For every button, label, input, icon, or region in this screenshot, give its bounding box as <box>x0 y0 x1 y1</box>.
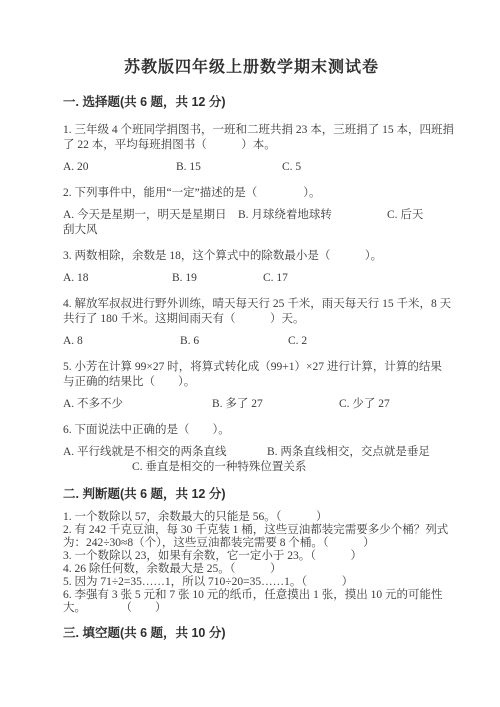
option-a: A. 今天是星期一，明天是星期日 <box>63 208 238 223</box>
question-3-options: A. 18 B. 19 C. 17 <box>63 271 440 286</box>
question-line: 5. 小芳在计算 99×27 时，将算式转化成（99+1）×27 进行计算，计算… <box>63 360 440 375</box>
option-b: B. 多了 27 <box>212 397 339 412</box>
judge-item-3: 3. 一个数除以 23，如果有余数，它一定小于 23。（ ） <box>63 550 440 563</box>
question-line: 1. 三年级 4 个班同学捐图书，一班和二班共捐 23 本，三班捐了 15 本，… <box>63 123 440 138</box>
option-c: C. 后天 <box>387 208 423 223</box>
judge-item-6: 6. 李强有 3 张 5 元和 7 张 10 元的纸币，任意摸出 1 张，摸出 … <box>63 589 440 602</box>
question-5-options: A. 不多不少 B. 多了 27 C. 少了 27 <box>63 397 440 412</box>
section-heading-fill: 三. 填空题(共 6 题，共 10 分) <box>63 625 440 642</box>
option-b: B. 月球绕着地球转 <box>238 208 387 223</box>
question-1: 1. 三年级 4 个班同学捐图书，一班和二班共捐 23 本，三班捐了 15 本，… <box>63 123 440 153</box>
judge-item-1: 1. 一个数除以 57，余数最大的只能是 56。（ ） <box>63 511 440 524</box>
option-a: A. 8 <box>63 334 180 349</box>
judge-item-5: 5. 因为 71÷2=35……1，所以 710÷20=35……1。（ ） <box>63 576 440 589</box>
test-paper: 苏教版四年级上册数学期末测试卷 一. 选择题(共 6 题，共 12 分) 1. … <box>0 0 500 707</box>
option-a: A. 18 <box>63 271 172 286</box>
question-3: 3. 两数相除，余数是 18，这个算式中的除数最小是（ ）。 <box>63 249 440 264</box>
question-1-options: A. 20 B. 15 C. 5 <box>63 160 440 175</box>
judge-item-2: 2. 有 242 千克豆油，每 30 千克装 1 桶，这些豆油都装完需要多少个桶… <box>63 524 440 537</box>
question-2: 2. 下列事件中，能用“一定”描述的是（ ）。 <box>63 186 440 201</box>
option-c-line: C. 垂直是相交的一种特殊位置关系 <box>132 460 440 475</box>
judge-item-4: 4. 26 除任何数，余数最大是 25。（ ） <box>63 563 440 576</box>
judge-item-2-wrap: 为：242÷30≈8（个），这些豆油都装完需要 8 个桶。（ ） <box>63 537 440 550</box>
judge-item-6-wrap: 大。 （ ） <box>63 602 440 615</box>
option-c: C. 少了 27 <box>339 397 390 412</box>
question-line: 6. 下面说法中正确的是（ ）。 <box>63 423 440 438</box>
question-2-options: A. 今天是星期一，明天是星期日 B. 月球绕着地球转 C. 后天 <box>63 208 440 223</box>
option-b: B. 19 <box>172 271 263 286</box>
option-c-wrap: 刮大风 <box>63 223 440 238</box>
question-line: 与正确的结果比（ ）。 <box>63 375 440 390</box>
question-6: 6. 下面说法中正确的是（ ）。 <box>63 423 440 438</box>
question-line: 2. 下列事件中，能用“一定”描述的是（ ）。 <box>63 186 440 201</box>
option-a: A. 平行线就是不相交的两条直线 <box>63 445 267 460</box>
option-b: B. 15 <box>176 160 282 175</box>
question-6-options: A. 平行线就是不相交的两条直线 B. 两条直线相交，交点就是垂足 <box>63 445 440 460</box>
option-b: B. 6 <box>180 334 288 349</box>
question-line: 4. 解放军叔叔进行野外训练，晴天每天行 25 千米，雨天每天行 15 千米，8… <box>63 297 440 312</box>
question-5: 5. 小芳在计算 99×27 时，将算式转化成（99+1）×27 进行计算，计算… <box>63 360 440 390</box>
option-a: A. 不多不少 <box>63 397 212 412</box>
option-b: B. 两条直线相交，交点就是垂足 <box>267 445 430 460</box>
question-4: 4. 解放军叔叔进行野外训练，晴天每天行 25 千米，雨天每天行 15 千米，8… <box>63 297 440 327</box>
section-heading-choice: 一. 选择题(共 6 题，共 12 分) <box>63 94 440 111</box>
option-c: C. 5 <box>282 160 301 175</box>
question-4-options: A. 8 B. 6 C. 2 <box>63 334 440 349</box>
page-title: 苏教版四年级上册数学期末测试卷 <box>63 57 440 79</box>
question-line: 3. 两数相除，余数是 18，这个算式中的除数最小是（ ）。 <box>63 249 440 264</box>
option-c: C. 17 <box>263 271 288 286</box>
option-c: C. 2 <box>288 334 307 349</box>
judge-items: 1. 一个数除以 57，余数最大的只能是 56。（ ） 2. 有 242 千克豆… <box>63 511 440 615</box>
question-line: 了 22 本，平均每班捐图书（ ）本。 <box>63 138 440 153</box>
question-line: 共行了 180 千米。这期间雨天有（ ）天。 <box>63 312 440 327</box>
section-heading-judge: 二. 判断题(共 6 题，共 12 分) <box>63 486 440 503</box>
option-a: A. 20 <box>63 160 176 175</box>
